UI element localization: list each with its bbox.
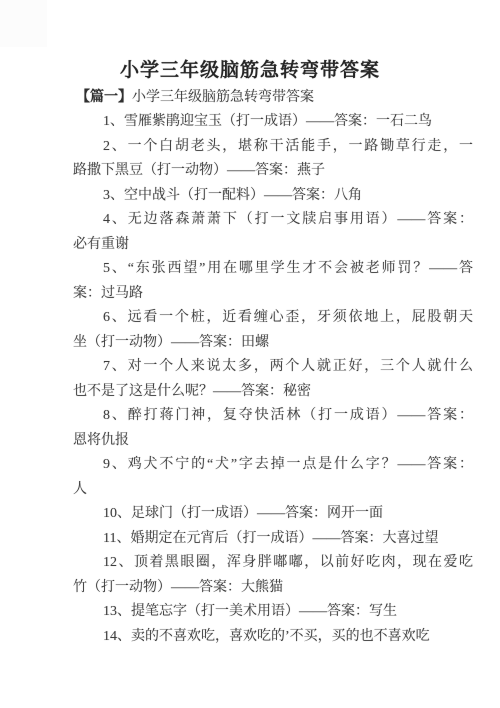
riddle-line: 5、“东张西望”用在哪里学生才不会被老师罚？——答 [73,257,473,282]
riddle-line: 6、远看一个桩，近看缠心歪，牙须依地上，屁股朝天 [73,306,473,331]
riddle-line: 恩将仇报 [73,429,473,454]
riddle-line: 3、空中战斗（打一配料）——答案：八角 [73,184,473,209]
riddle-line: 2、一个白胡老头，堪称干活能手，一路锄草行走，一 [73,135,473,160]
section-title: 小学三年级脑筋急转弯带答案 [132,90,314,105]
riddle-line: 坐（打一动物）——答案：田螺 [73,331,473,356]
riddle-line: 路撒下黑豆（打一动物）——答案：燕子 [73,159,473,184]
riddle-line: 12、顶着黑眼圈，浑身胖嘟嘟，以前好吃肉，现在爱吃 [73,551,473,576]
riddle-line: 10、足球门（打一成语）——答案：网开一面 [73,502,473,527]
riddle-line: 9、鸡犬不宁的“犬”字去掉一点是什么字？——答案： [73,453,473,478]
section-tag: 【篇一】 [76,90,132,105]
riddle-line: 4、无边落森萧萧下（打一文牍启事用语）——答案： [73,208,473,233]
document-title: 小学三年级脑筋急转弯带答案 [0,0,500,85]
riddle-line: 也不是了这是什么呢？——答案：秘密 [73,380,473,405]
riddle-line: 案：过马路 [73,282,473,307]
section-heading: 【篇一】小学三年级脑筋急转弯带答案 [76,85,500,110]
riddle-line: 11、婚期定在元宵后（打一成语）——答案：大喜过望 [73,527,473,552]
riddle-line: 8、醉打蒋门神，复夺快活林（打一成语）——答案： [73,404,473,429]
riddle-line: 竹（打一动物）——答案：大熊猫 [73,576,473,601]
riddle-line: 7、对一个人来说太多，两个人就正好，三个人就什么 [73,355,473,380]
riddle-line: 1、雪雁紫鹃迎宝玉（打一成语）——答案：一石二鸟 [73,110,473,135]
riddle-line: 14、卖的不喜欢吃，喜欢吃的’不买，买的也不喜欢吃 [73,625,473,650]
riddle-line: 必有重谢 [73,233,473,258]
riddle-line: 人 [73,478,473,503]
document-page: 小学三年级脑筋急转弯带答案 【篇一】小学三年级脑筋急转弯带答案 1、雪雁紫鹃迎宝… [0,0,500,708]
scan-artifact-corner [0,0,47,47]
riddle-list: 1、雪雁紫鹃迎宝玉（打一成语）——答案：一石二鸟2、一个白胡老头，堪称干活能手，… [73,110,473,649]
riddle-line: 13、提笔忘字（打一美术用语）——答案：写生 [73,600,473,625]
